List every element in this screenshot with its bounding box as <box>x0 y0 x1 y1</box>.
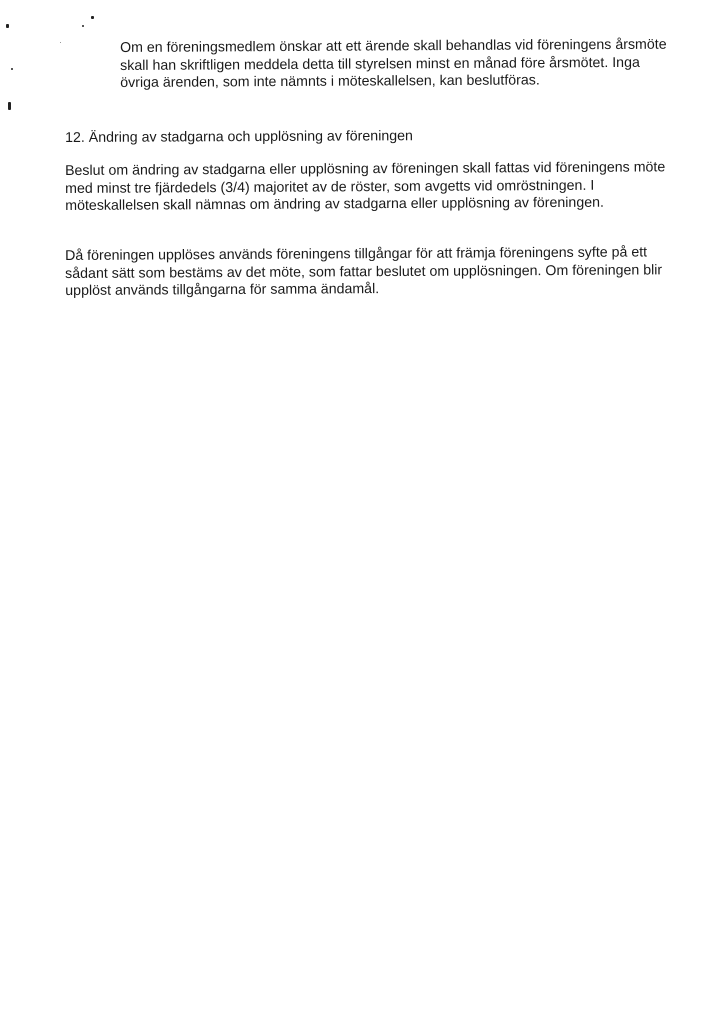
scan-speck <box>91 16 94 19</box>
section-heading: 12. Ändring av stadgarna och upplösning … <box>65 128 413 146</box>
section-paragraph-1: Beslut om ändring av stadgarna eller upp… <box>65 159 675 215</box>
scan-speck <box>6 24 9 28</box>
section-paragraph-2: Då föreningen upplöses används föreninge… <box>65 244 675 300</box>
scan-speck <box>8 102 11 110</box>
scan-speck <box>11 68 13 70</box>
intro-paragraph: Om en föreningsmedlem önskar att ett äre… <box>120 37 680 93</box>
scan-speck <box>60 42 61 43</box>
scan-speck <box>82 25 84 27</box>
